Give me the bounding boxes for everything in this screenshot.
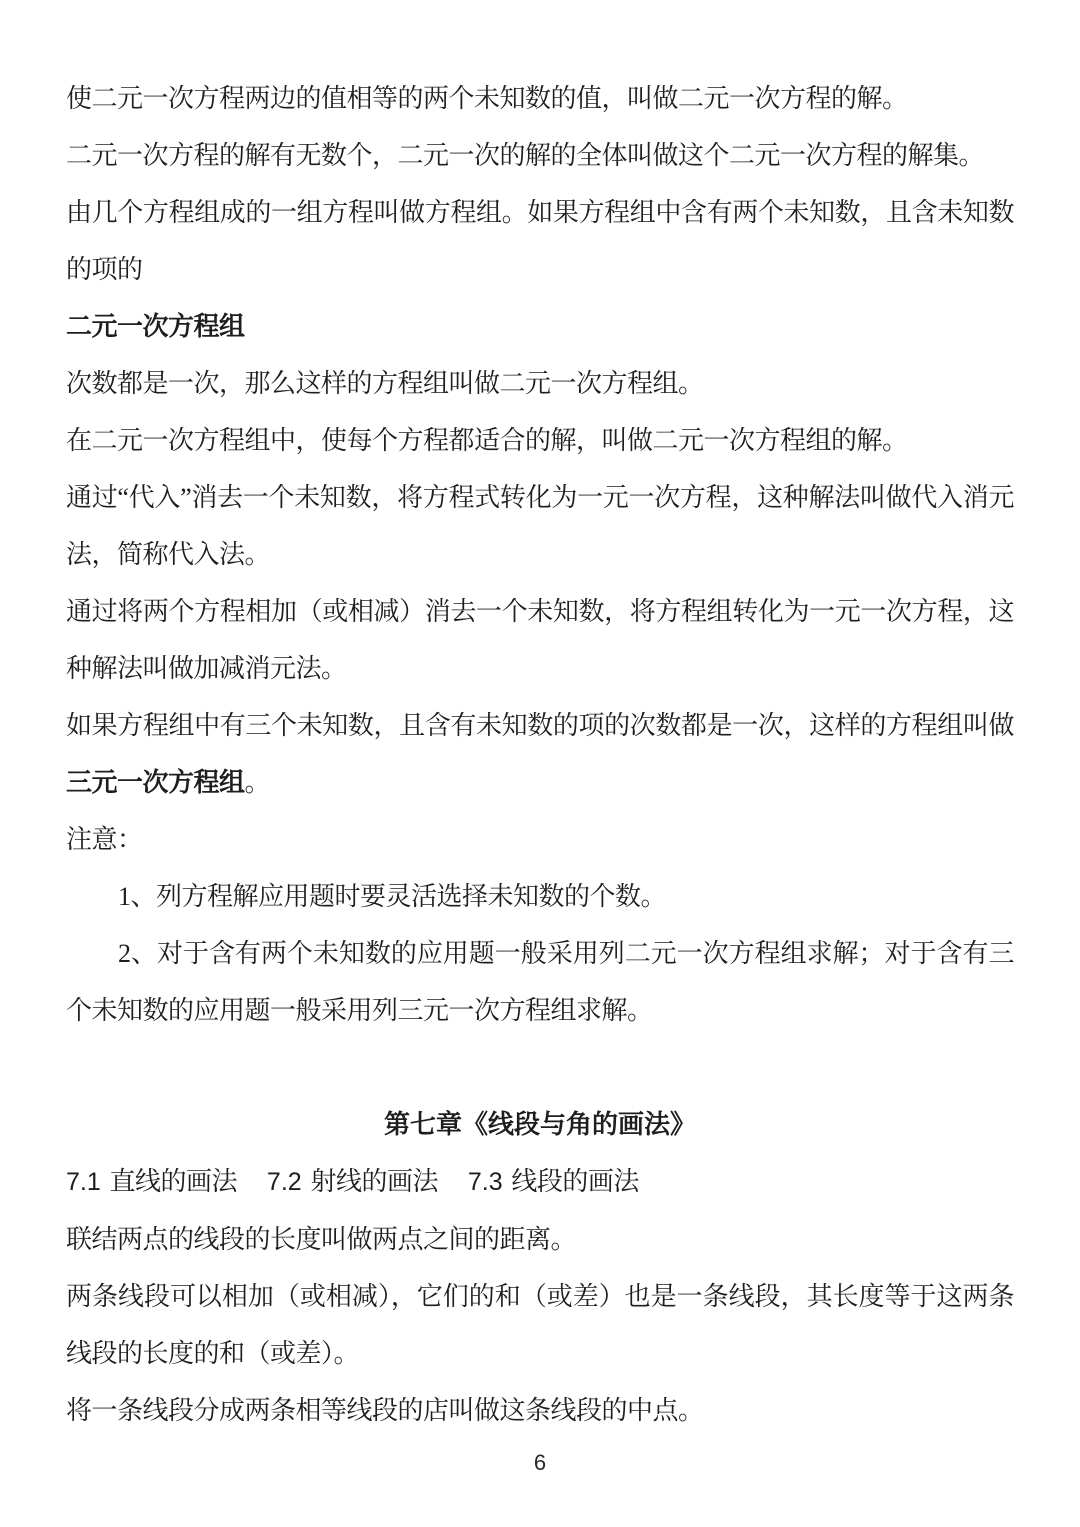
section-item-7-3: 7.3线段的画法 <box>468 1167 639 1196</box>
page-number: 6 <box>0 1448 1080 1478</box>
section-item-7-1: 7.1直线的画法 <box>66 1167 237 1196</box>
section-number: 7.2 <box>267 1168 302 1196</box>
paragraph-system-solution: 在二元一次方程组中，使每个方程都适合的解，叫做二元一次方程组的解。 <box>66 412 1014 469</box>
paragraph-system-def: 由几个方程组成的一组方程叫做方程组。如果方程组中含有两个未知数，且含未知数的项的 <box>66 184 1014 298</box>
section-number: 7.3 <box>468 1168 503 1196</box>
section-item-7-2: 7.2射线的画法 <box>267 1167 438 1196</box>
document-page: 使二元一次方程两边的值相等的两个未知数的值，叫做二元一次方程的解。 二元一次方程… <box>0 0 1080 1527</box>
note-item-2: 2、对于含有两个未知数的应用题一般采用列二元一次方程组求解；对于含有三个未知数的… <box>66 925 1014 1039</box>
paragraph-three-var-system: 如果方程组中有三个未知数，且含有未知数的项的次数都是一次，这样的方程组叫做三元一… <box>66 697 1014 811</box>
paragraph-solution-set: 二元一次方程的解有无数个，二元一次的解的全体叫做这个二元一次方程的解集。 <box>66 127 1014 184</box>
paragraph-segment-add-subtract: 两条线段可以相加（或相减），它们的和（或差）也是一条线段，其长度等于这两条线段的… <box>66 1268 1014 1382</box>
paragraph-midpoint-def: 将一条线段分成两条相等线段的店叫做这条线段的中点。 <box>66 1382 1014 1439</box>
section-title: 线段的画法 <box>511 1167 639 1196</box>
three-var-period: 。 <box>245 768 271 797</box>
paragraph-equation-solution-def: 使二元一次方程两边的值相等的两个未知数的值，叫做二元一次方程的解。 <box>66 70 1014 127</box>
section-title: 直线的画法 <box>110 1167 238 1196</box>
three-var-system-term: 三元一次方程组 <box>66 768 245 797</box>
paragraph-substitution-method: 通过“代入”消去一个未知数，将方程式转化为一元一次方程，这种解法叫做代入消元法，… <box>66 469 1014 583</box>
heading-two-var-system: 二元一次方程组 <box>66 298 1014 355</box>
chapter-title: 第七章《线段与角的画法》 <box>66 1096 1014 1153</box>
section-title: 射线的画法 <box>310 1167 438 1196</box>
note-item-1: 1、列方程解应用题时要灵活选择未知数的个数。 <box>66 868 1014 925</box>
paragraph-distance-def: 联结两点的线段的长度叫做两点之间的距离。 <box>66 1211 1014 1268</box>
section-number: 7.1 <box>66 1168 101 1196</box>
paragraph-degree: 次数都是一次，那么这样的方程组叫做二元一次方程组。 <box>66 355 1014 412</box>
paragraph-elimination-method: 通过将两个方程相加（或相减）消去一个未知数，将方程组转化为一元一次方程，这种解法… <box>66 583 1014 697</box>
section-list: 7.1直线的画法7.2射线的画法7.3线段的画法 <box>66 1153 1014 1211</box>
three-var-intro-text: 如果方程组中有三个未知数，且含有未知数的项的次数都是一次，这样的方程组叫做 <box>66 711 1014 740</box>
note-label: 注意： <box>66 811 1014 868</box>
